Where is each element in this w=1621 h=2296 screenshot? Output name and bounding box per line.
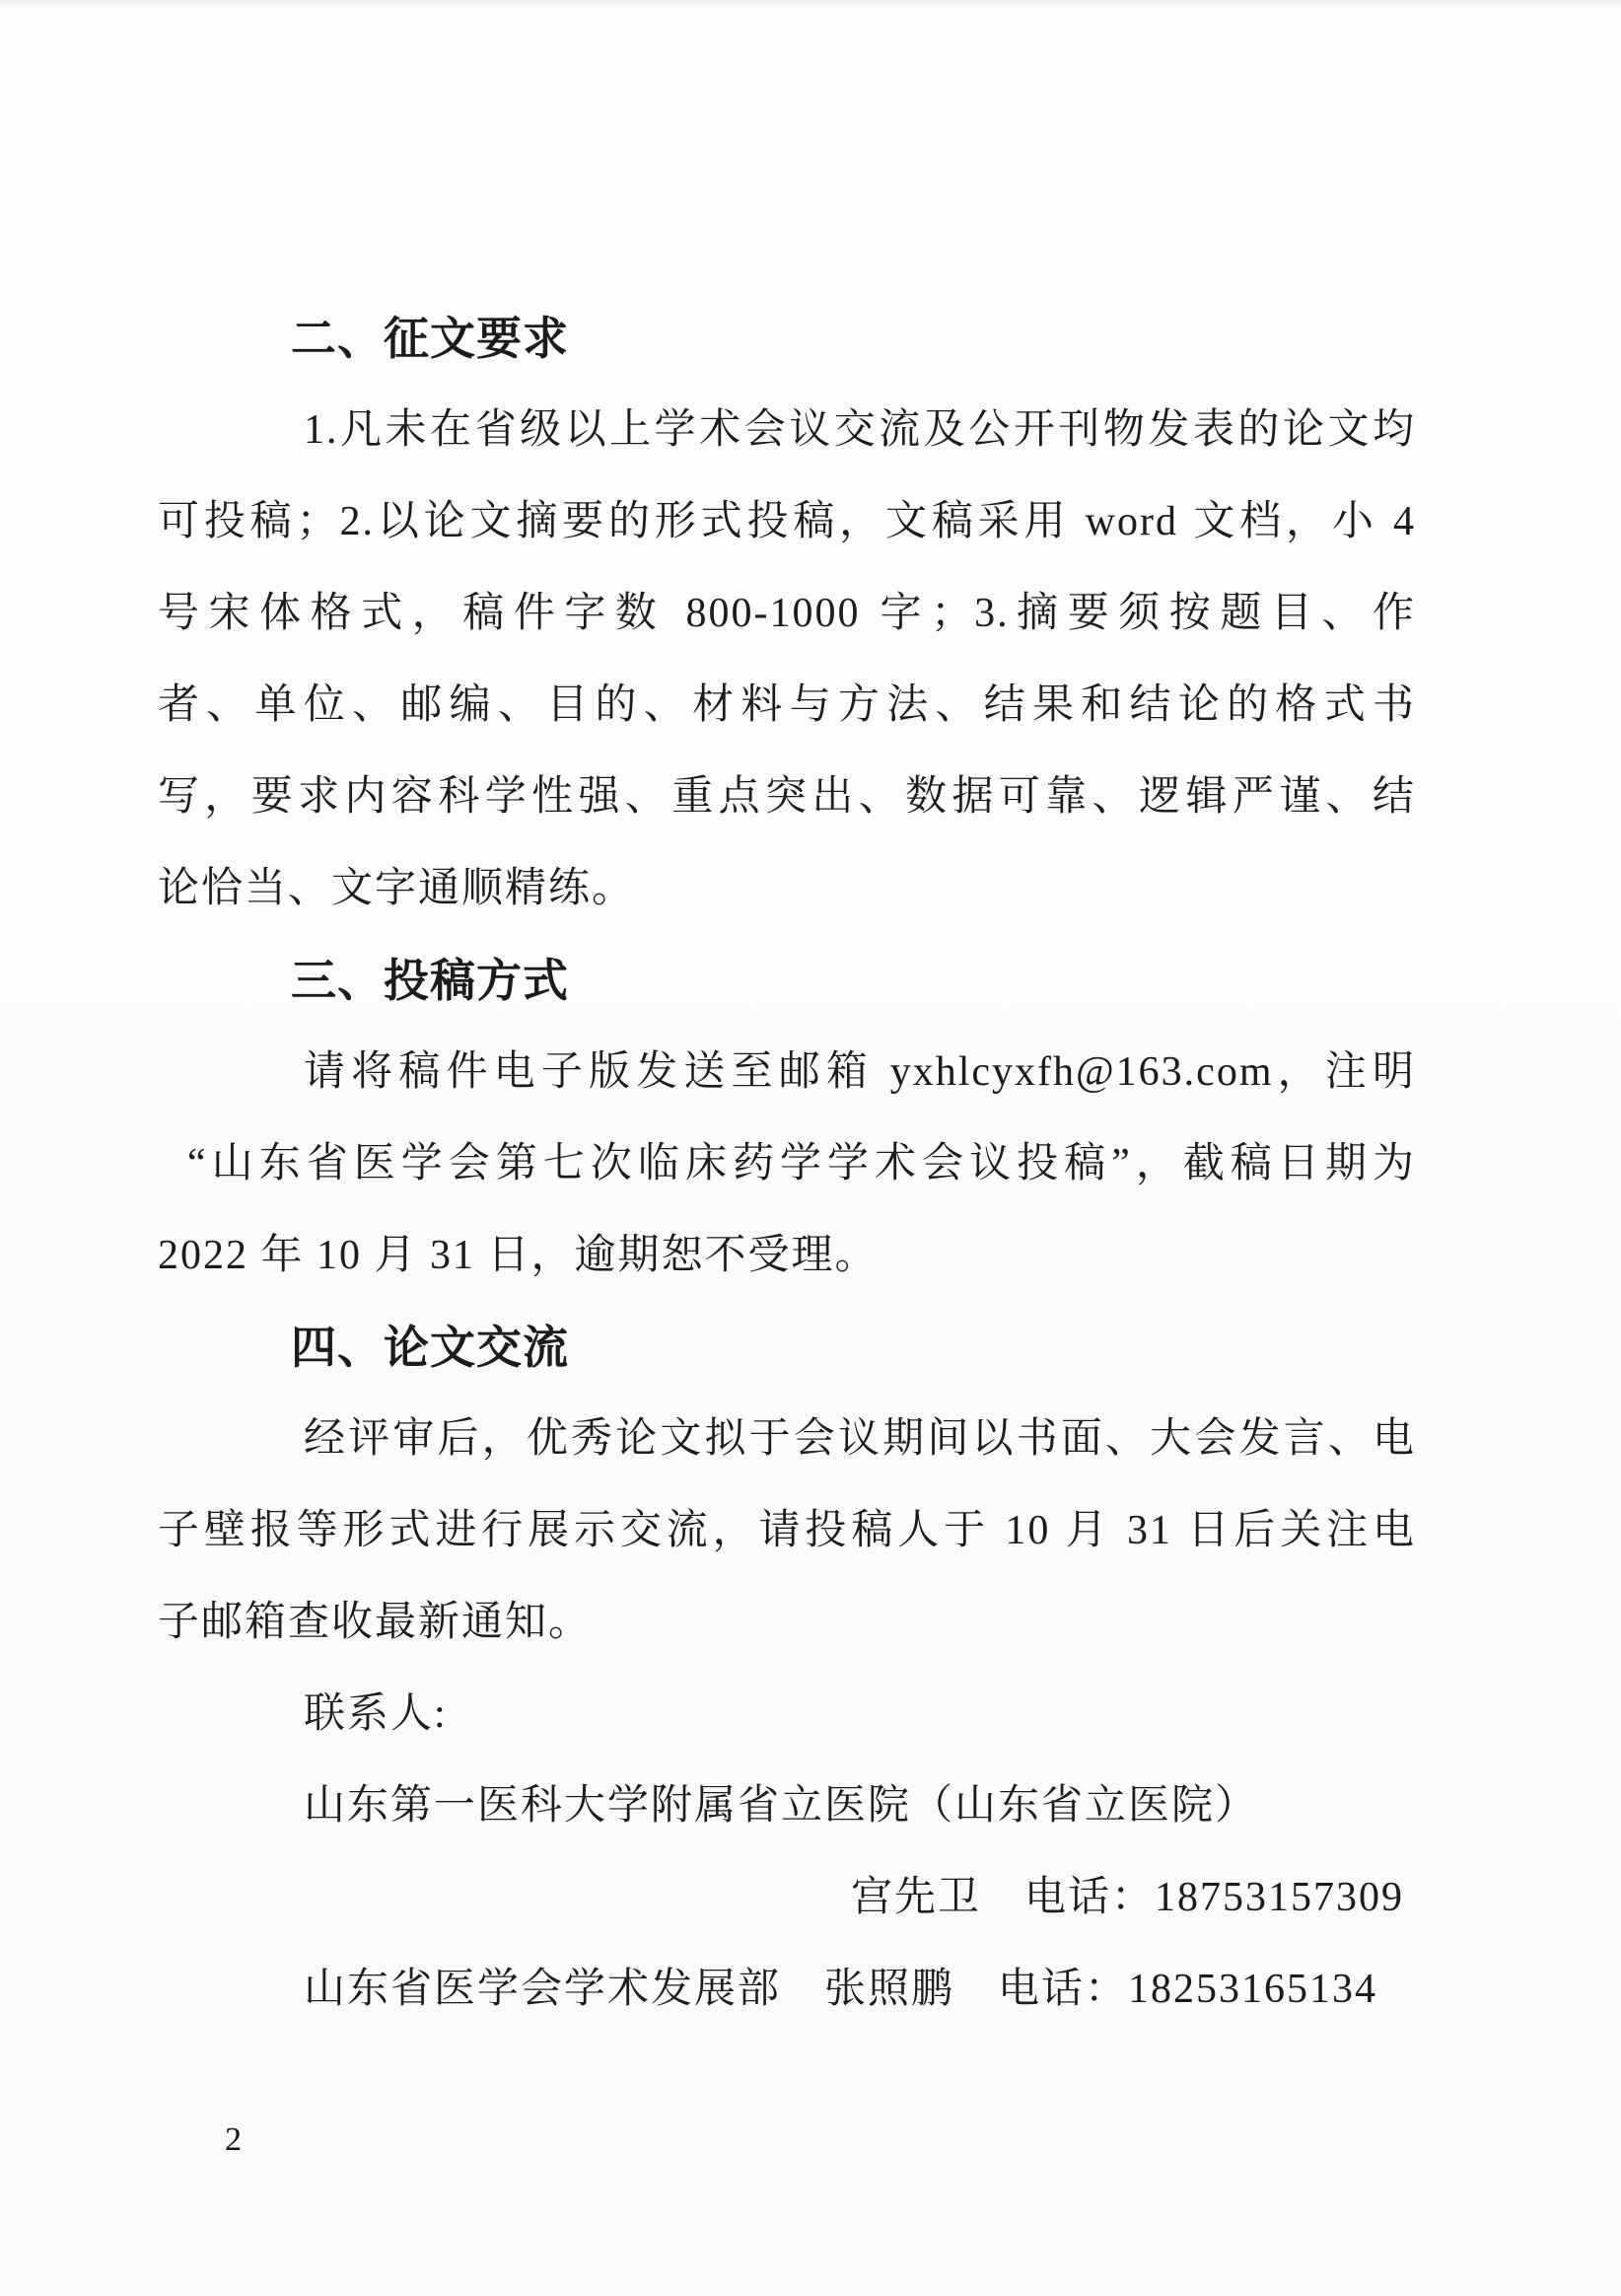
text-line: 写，要求内容科学性强、重点突出、数据可靠、逻辑严谨、结 — [158, 752, 1416, 843]
section-heading-paper-exchange: 四、论文交流 — [158, 1302, 1416, 1394]
section-heading-call-for-papers: 二、征文要求 — [158, 293, 1416, 385]
text-line: 子壁报等形式进行展示交流，请投稿人于 10 月 31 日后关注电 — [158, 1485, 1416, 1577]
text-line: 1.凡未在省级以上学术会议交流及公开刊物发表的论文均 — [158, 385, 1416, 476]
text-line: 经评审后，优秀论文拟于会议期间以书面、大会发言、电 — [158, 1394, 1416, 1485]
text-line: 号宋体格式，稿件字数 800-1000 字；3.摘要须按题目、作 — [158, 568, 1416, 660]
contact-person-line-2: 山东省医学会学术发展部 张照鹏 电话：18253165134 — [158, 1944, 1416, 2036]
section-submission-method: 三、投稿方式 请将稿件电子版发送至邮箱 yxhlcyxfh@163.com，注明… — [158, 935, 1416, 1302]
text-line: 者、单位、邮编、目的、材料与方法、结果和结论的格式书 — [158, 660, 1416, 752]
section-contacts: 联系人: 山东第一医科大学附属省立医院（山东省立医院） 宫先卫 电话：18753… — [158, 1669, 1416, 2036]
text-line: “山东省医学会第七次临床药学学术会议投稿”，截稿日期为 — [158, 1118, 1416, 1210]
contacts-label: 联系人: — [158, 1669, 1416, 1760]
section-call-for-papers: 二、征文要求 1.凡未在省级以上学术会议交流及公开刊物发表的论文均 可投稿；2.… — [158, 293, 1416, 935]
text-line: 2022 年 10 月 31 日，逾期恕不受理。 — [158, 1210, 1416, 1302]
section-paper-exchange: 四、论文交流 经评审后，优秀论文拟于会议期间以书面、大会发言、电 子壁报等形式进… — [158, 1302, 1416, 1669]
page-number: 2 — [225, 2111, 242, 2170]
text-line: 请将稿件电子版发送至邮箱 yxhlcyxfh@163.com，注明 — [158, 1027, 1416, 1118]
text-line: 子邮箱查收最新通知。 — [158, 1577, 1416, 1669]
text-line: 论恰当、文字通顺精练。 — [158, 843, 1416, 935]
document-body: 二、征文要求 1.凡未在省级以上学术会议交流及公开刊物发表的论文均 可投稿；2.… — [158, 293, 1416, 2036]
contact-hospital-line: 山东第一医科大学附属省立医院（山东省立医院） — [158, 1760, 1416, 1852]
text-line: 可投稿；2.以论文摘要的形式投稿，文稿采用 word 文档，小 4 — [158, 476, 1416, 568]
section-heading-submission-method: 三、投稿方式 — [158, 935, 1416, 1027]
scanned-document-page: 二、征文要求 1.凡未在省级以上学术会议交流及公开刊物发表的论文均 可投稿；2.… — [0, 0, 1621, 2296]
contact-person-line-1: 宫先卫 电话：18753157309 — [158, 1852, 1416, 1944]
